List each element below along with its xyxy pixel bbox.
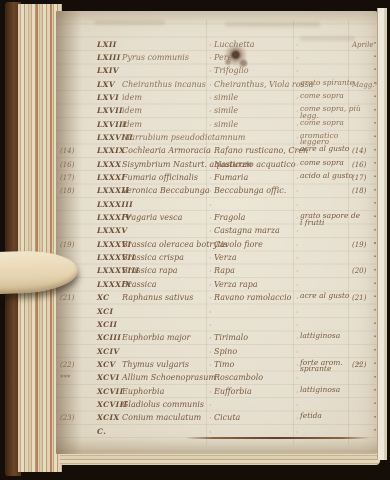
cell-italian-name: Rapa (214, 266, 235, 276)
cell-italian-name: Pere (214, 53, 232, 63)
cell-roman-numeral: XCVI (97, 373, 120, 383)
cell-italian-name: Castagna marza (214, 226, 280, 236)
cell-roman-numeral: XCV (97, 360, 116, 370)
table-row: XCI (0, 307, 378, 320)
cell-italian-name: Beccabunga offic. (214, 186, 286, 196)
cell-italian-name: simile (214, 106, 238, 116)
photograph-of-manuscript: { "colors": { "paper": "#e7e0d0", "ink":… (0, 0, 390, 480)
table-row: (18)LXXXIIVeronica BeccabungaBeccabunga … (0, 186, 378, 199)
cell-roman-numeral: XCVII (97, 387, 124, 397)
cell-roman-numeral: LXVII (97, 106, 123, 116)
cell-latin-name: Brassica (122, 280, 157, 290)
cell-right-margin-ref: (14) (352, 146, 366, 156)
cell-roman-numeral: LXIII (97, 53, 121, 63)
cell-roman-numeral: XCI (97, 307, 113, 317)
cell-latin-name: Brassica rapa (122, 266, 178, 276)
cell-latin-name: Gladiolus communis (122, 400, 204, 410)
cell-margin-ref: (23) (60, 413, 74, 423)
cell-latin-name: idem (122, 106, 142, 116)
cell-roman-numeral: LXV (97, 80, 115, 90)
cell-latin-name: Conium maculatum (122, 413, 201, 423)
cell-italian-name: Trifoglio (214, 66, 249, 76)
cell-latin-name: Cochlearia Armoracia (122, 146, 211, 156)
cell-latin-name: Brassica oleracea botrytis (122, 240, 228, 250)
cell-italian-name: simile (214, 120, 238, 130)
table-row: (21)XCRaphanus sativusRavano ramolaccioa… (0, 293, 378, 306)
cell-margin-ref: (16) (60, 160, 74, 170)
cell-margin-ref: (19) (60, 240, 74, 250)
cell-italian-name: Eufforbia (214, 387, 252, 397)
cell-roman-numeral: XCII (97, 320, 117, 330)
cell-latin-name: Fragaria vesca (122, 213, 182, 223)
cell-right-margin-ref: (16) (352, 160, 366, 170)
cell-right-margin-ref: *** (356, 360, 361, 370)
cell-right-margin-ref: (20) (352, 266, 366, 276)
cell-roman-numeral: LXXXI (97, 173, 125, 183)
cell-roman-numeral: LXVI (97, 93, 119, 103)
cell-right-margin-ref: Aprile (352, 40, 374, 50)
table-row: (17)LXXXIFumaria officinalisFumariaacido… (0, 173, 378, 186)
entries-table: LXIILucchettaAprileLXIIIPyrus communisPe… (0, 0, 390, 480)
cell-latin-name: Thymus vulgaris (122, 360, 189, 370)
table-row: LXXXVCastagna marza (0, 226, 378, 239)
cell-latin-name: Raphanus sativus (122, 293, 193, 303)
cell-italian-name: Tirimalo (214, 333, 248, 343)
cell-margin-ref: (17) (60, 173, 74, 183)
cell-roman-numeral: XCIV (97, 347, 120, 357)
cell-latin-name: Brassica crispa (122, 253, 184, 263)
cell-roman-numeral: LXIV (97, 66, 119, 76)
cell-italian-name: Roscambolo (214, 373, 263, 383)
cell-margin-ref: (18) (60, 186, 74, 196)
cell-roman-numeral: XC (97, 293, 109, 303)
cell-note: lattiginosa (300, 387, 364, 394)
cell-note: come sopra (300, 120, 364, 127)
cell-italian-name: Rafano rusticano, Cren (214, 146, 308, 156)
table-row: (22)XCVThymus vulgarisTimoforte arom. sp… (0, 360, 378, 373)
cell-roman-numeral: LXII (97, 40, 117, 50)
table-row: LXXXIVFragaria vescaFragolagrato sapore … (0, 213, 378, 226)
cell-italian-name: Lucchetta (214, 40, 255, 50)
cell-italian-name: Cavolo fiore (214, 240, 263, 250)
cell-italian-name: Timo (214, 360, 234, 370)
table-row: LXIILucchettaAprile (0, 40, 378, 53)
cell-italian-name: Verza (214, 253, 237, 263)
cell-roman-numeral: C. (97, 427, 106, 437)
cell-italian-name: simile (214, 93, 238, 103)
cell-italian-name: Fragola (214, 213, 245, 223)
cell-latin-name: Cheiranthus incanus (122, 80, 206, 90)
cell-roman-numeral: LXXX (97, 160, 121, 170)
cell-note: fetida (300, 413, 364, 420)
table-row: XCVIIEuphorbiaEufforbialattiginosa (0, 387, 378, 400)
cell-italian-name: Fumaria (214, 173, 248, 183)
cell-margin-ref: (14) (60, 146, 74, 156)
cell-latin-name: Fumaria officinalis (122, 173, 198, 183)
table-row: (19)LXXXVIBrassica oleracea botrytisCavo… (0, 240, 378, 253)
cell-note: come sopra (300, 93, 364, 100)
cell-italian-name: Nasturzio acquatico (214, 160, 296, 170)
cell-margin-ref: (22) (60, 360, 74, 370)
cell-roman-numeral: LXXIX (97, 146, 125, 156)
cell-right-margin-ref: (18) (352, 186, 366, 196)
cell-italian-name: Cheiranthus, Viola rossa (214, 80, 314, 90)
cell-note: lattiginosa (300, 333, 364, 340)
cell-roman-numeral: LXXXIII (97, 200, 133, 210)
cell-note: grato sapore de i frutti (300, 213, 364, 226)
cell-right-margin-ref: Magg.ᵒ (352, 80, 377, 90)
table-row: (23)XCIXConium maculatumCicutafetida (0, 413, 378, 426)
cell-italian-name: Spino (214, 347, 237, 357)
cell-margin-ref: *** (60, 373, 71, 383)
cell-latin-name: Euphorbia (122, 387, 164, 397)
cell-roman-numeral: XCIX (97, 413, 120, 423)
cell-roman-numeral: XCIII (97, 333, 121, 343)
footer-ink-rule (185, 437, 370, 439)
cell-latin-name: Veronica Beccabunga (122, 186, 210, 196)
table-row: XCIIIEuphorbia majorTirimalolattiginosa (0, 333, 378, 346)
cell-right-margin-ref: (21) (352, 293, 366, 303)
cell-right-margin-ref: (19) (352, 240, 366, 250)
cell-latin-name: Euphorbia major (122, 333, 190, 343)
cell-margin-ref: (21) (60, 293, 74, 303)
cell-roman-numeral: LXXXV (97, 226, 128, 236)
cell-italian-name: Cicuta (214, 413, 240, 423)
cell-latin-name: idem (122, 120, 142, 130)
cell-latin-name: Marrubium pseudodictamnum (122, 133, 245, 143)
cell-italian-name: Ravano ramolaccio (214, 293, 291, 303)
cell-latin-name: Allium Schoenoprasum (122, 373, 216, 383)
cell-latin-name: idem (122, 93, 142, 103)
cell-right-margin-ref: (17) (352, 173, 366, 183)
cell-latin-name: Pyrus communis (122, 53, 189, 63)
cell-italian-name: Verza rapa (214, 280, 258, 290)
table-row: LXIIIPyrus communisPere (0, 53, 378, 66)
